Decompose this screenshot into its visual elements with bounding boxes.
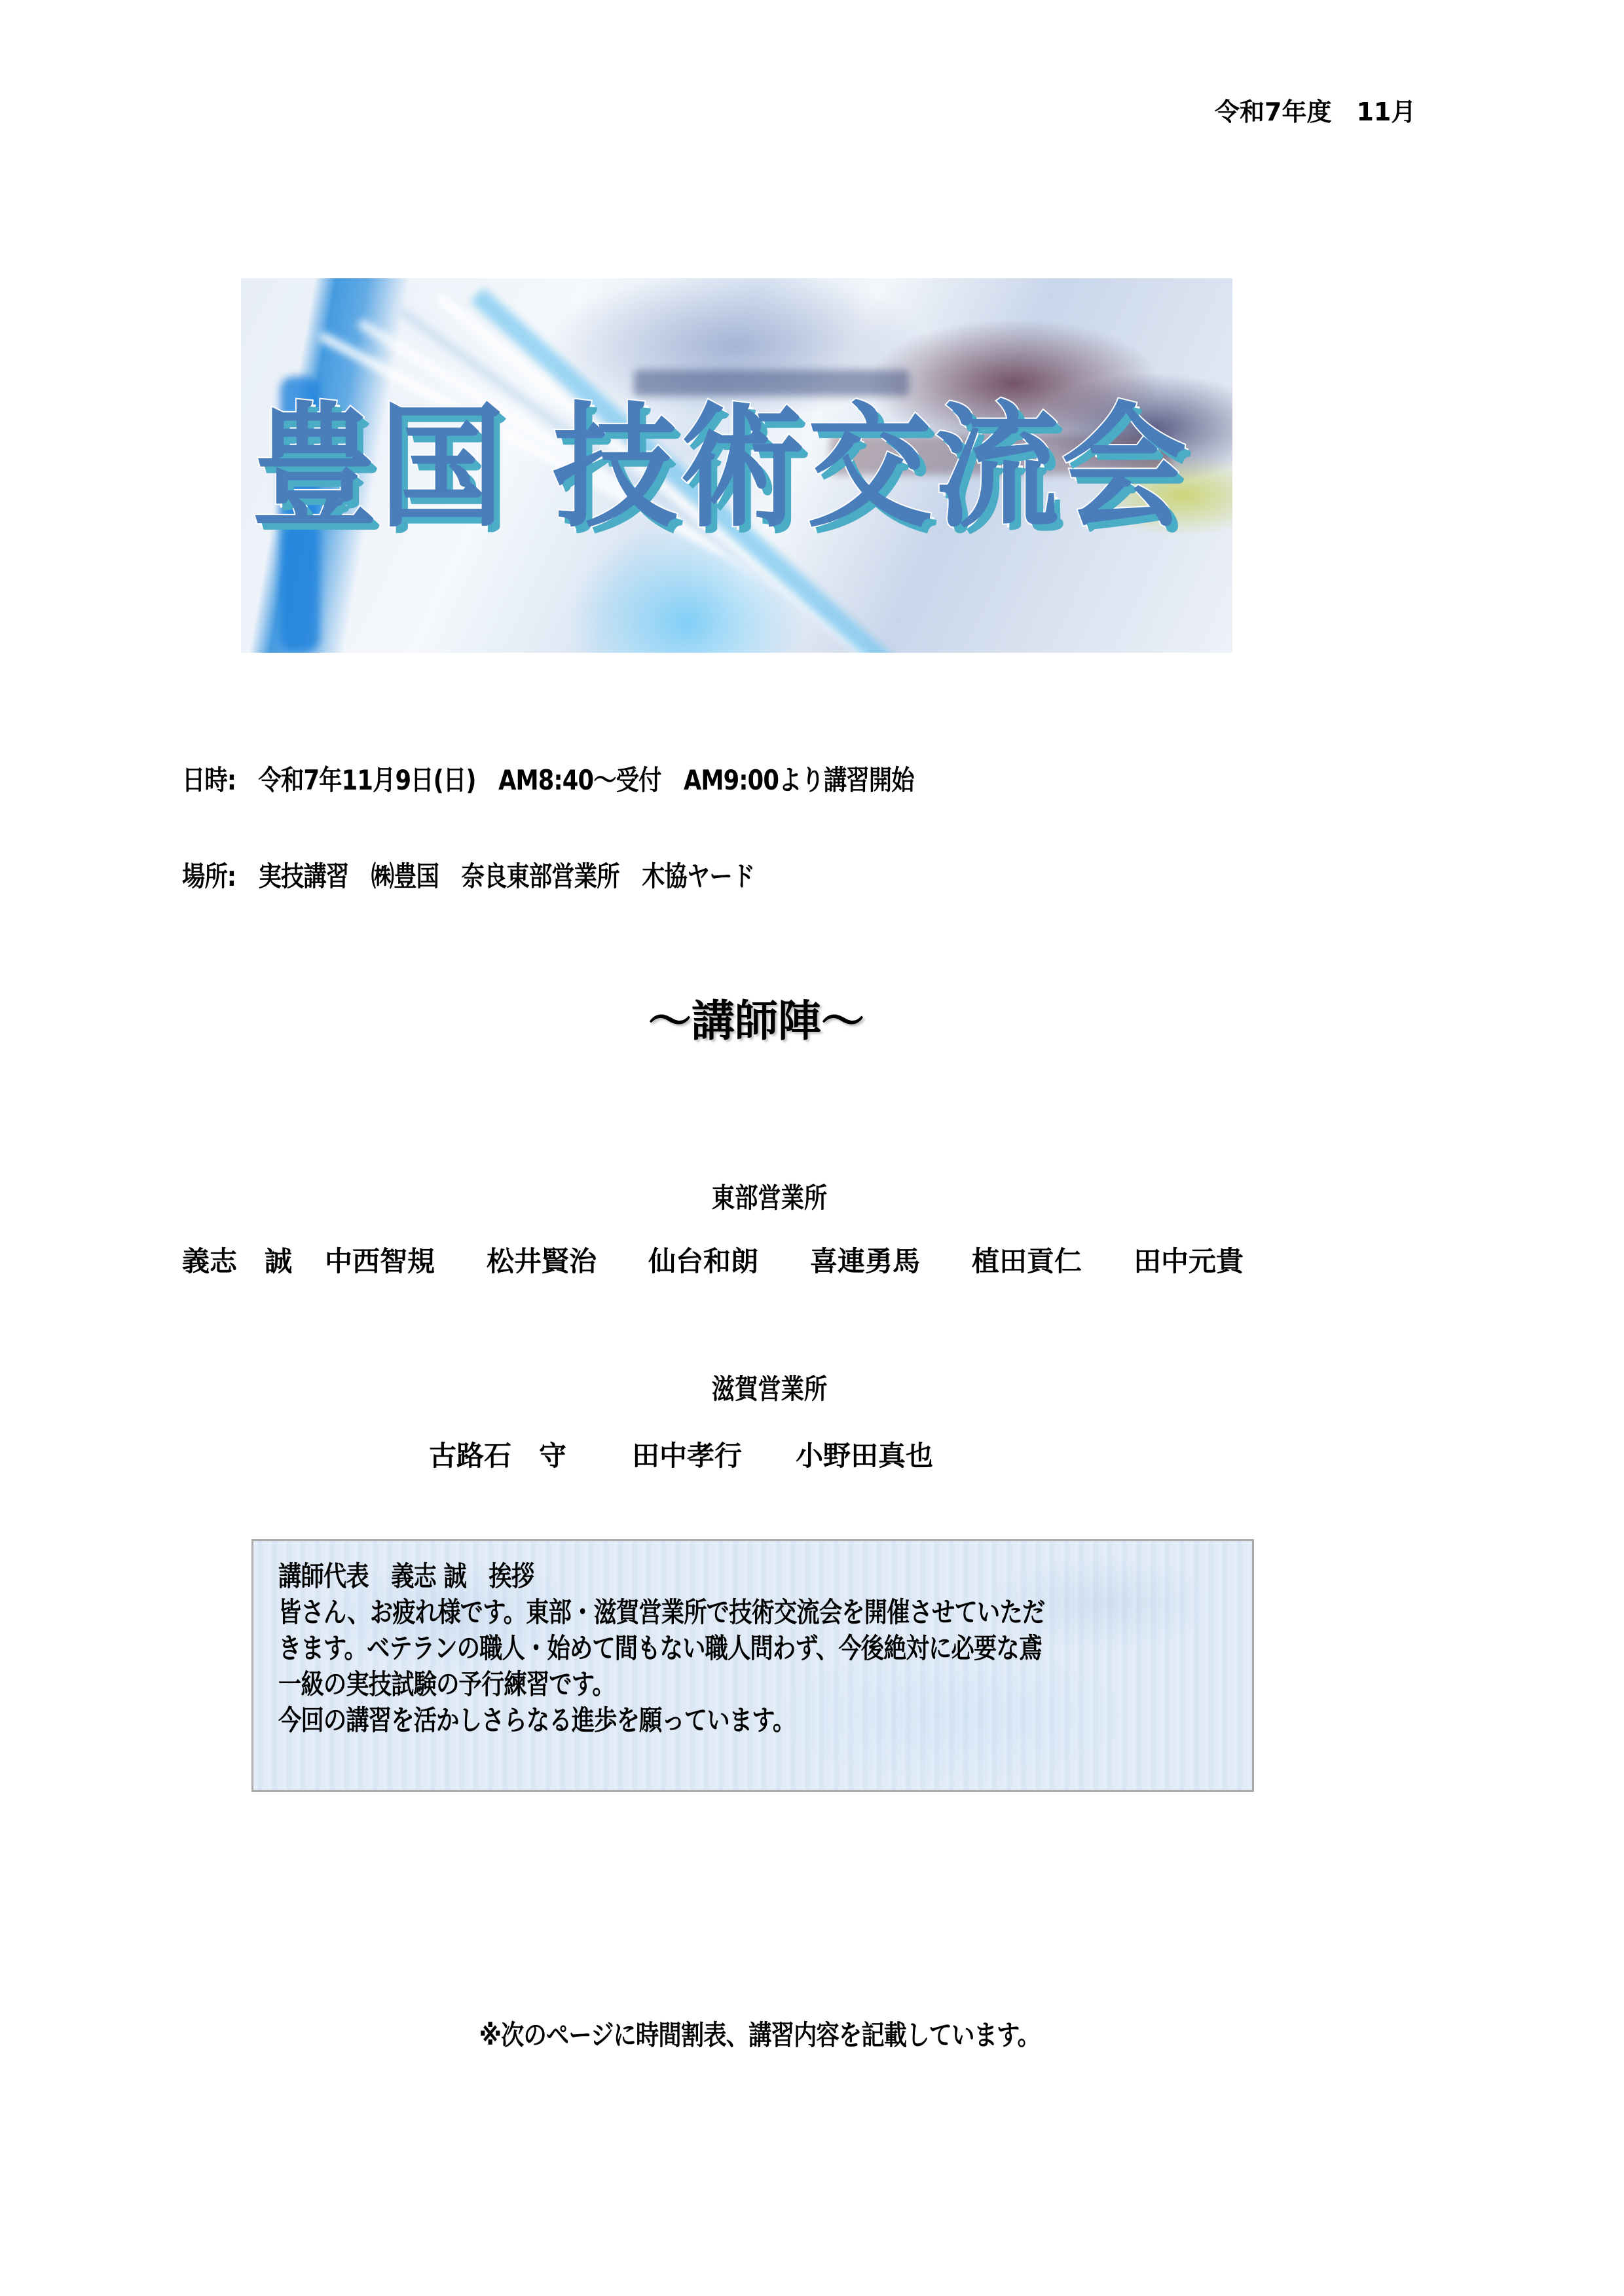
office-east-label: 東部営業所 bbox=[711, 1182, 826, 1214]
lecturer-name: 田中孝行 bbox=[632, 1440, 796, 1472]
east-office-members: 義志 誠 中西智規 松井賢治 仙台和朗 喜連勇馬 植田貢仁 田中元貴 bbox=[182, 1246, 1264, 1277]
lecturer-name: 松井賢治 bbox=[487, 1246, 648, 1277]
lecturer-name: 小野田真也 bbox=[796, 1440, 966, 1472]
greeting-text: 講師代表 義志 誠 挨拶 皆さん、お疲れ様です。東部・滋賀営業所で技術交流会を開… bbox=[278, 1558, 1190, 1738]
event-date-line: 日時: 令和7年11月9日(日) AM8:40～受付 AM9:00より講習開始 bbox=[182, 765, 914, 796]
lecturer-name: 中西智規 bbox=[325, 1246, 487, 1277]
greeting-line: 今回の講習を活かしさらなる進歩を願っています。 bbox=[278, 1702, 1044, 1738]
office-shiga-title: 滋賀営業所 bbox=[0, 1342, 1519, 1405]
banner-title: 豊国 技術交流会 bbox=[252, 386, 1189, 550]
footer-note: ※次のページに時間割表、講習内容を記載しています。 bbox=[0, 2020, 1519, 2051]
footer-note-text: ※次のページに時間割表、講習内容を記載しています。 bbox=[479, 2020, 1040, 2051]
lecturer-name: 義志 誠 bbox=[182, 1246, 325, 1277]
greeting-line: きます。ベテランの職人・始めて間もない職人問わず、今後絶対に必要な鳶 bbox=[278, 1630, 1044, 1666]
fiscal-period-label: 令和7年度 11月 bbox=[1215, 92, 1416, 128]
lecturer-name: 喜連勇馬 bbox=[810, 1246, 972, 1277]
event-place-line: 場所: 実技講習 ㈱豊国 奈良東部営業所 木協ヤード bbox=[182, 861, 754, 892]
lecturer-name: 植田貢仁 bbox=[972, 1246, 1134, 1277]
greeting-line: 一級の実技試験の予行練習です。 bbox=[278, 1666, 1044, 1702]
office-shiga-label: 滋賀営業所 bbox=[711, 1374, 826, 1405]
office-east-title: 東部営業所 bbox=[0, 1151, 1519, 1214]
greeting-title: 講師代表 義志 誠 挨拶 bbox=[278, 1558, 1044, 1594]
greeting-line: 皆さん、お疲れ様です。東部・滋賀営業所で技術交流会を開催させていただ bbox=[278, 1594, 1044, 1630]
lecturer-name: 田中元貴 bbox=[1134, 1246, 1264, 1277]
greeting-box: 講師代表 義志 誠 挨拶 皆さん、お疲れ様です。東部・滋賀営業所で技術交流会を開… bbox=[251, 1539, 1254, 1792]
lecturer-name: 仙台和朗 bbox=[648, 1246, 810, 1277]
lecturers-heading: ～講師陣～ bbox=[0, 995, 1513, 1048]
lecturer-name: 古路石 守 bbox=[429, 1440, 632, 1472]
shiga-office-members: 古路石 守 田中孝行 小野田真也 bbox=[429, 1440, 966, 1472]
